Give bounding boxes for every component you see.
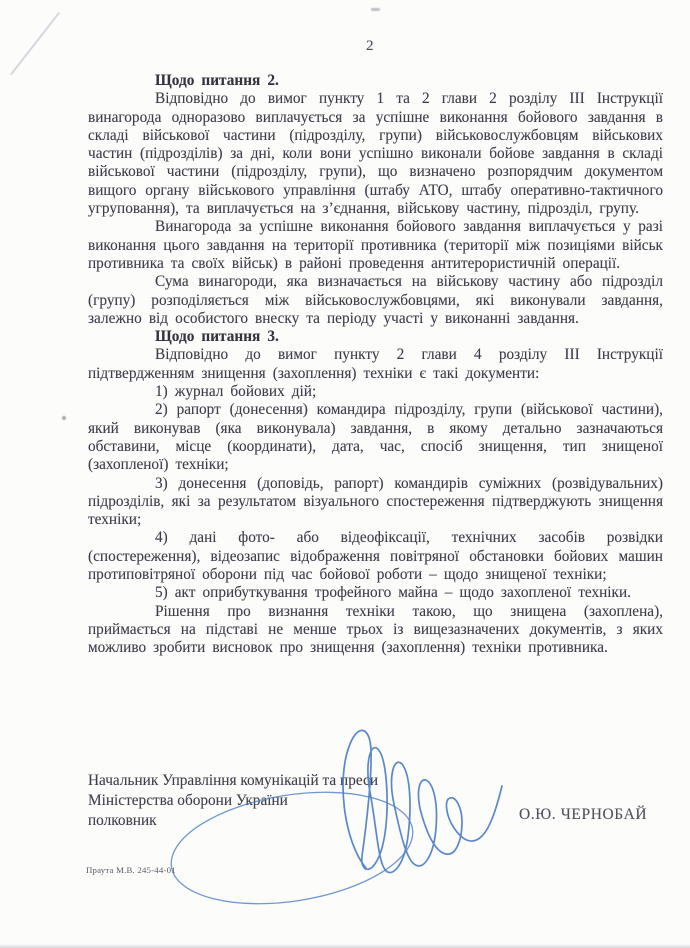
signature-scribble-loops: [343, 730, 502, 872]
paragraph: 5) акт оприбуткування трофейного майна –…: [88, 584, 663, 602]
executor-note: Праута М.В. 245-44-01: [86, 865, 176, 875]
paragraph: 4) дані фото- або відеофіксації, технічн…: [88, 529, 663, 584]
handwritten-signature: [170, 716, 515, 926]
scan-speck-artifact: [62, 416, 66, 420]
page-number: 2: [366, 38, 374, 55]
scan-smudge-artifact: [371, 8, 380, 11]
paragraph: 1) журнал бойових дій;: [88, 383, 663, 401]
paragraph: Рішення про визнання техніки такою, що з…: [88, 603, 663, 658]
scanned-document-page: 2 Щодо питання 2.Відповідно до вимог пун…: [0, 0, 690, 948]
paragraph: Відповідно до вимог пункту 1 та 2 глави …: [88, 90, 663, 218]
paragraph: Сума винагороди, яка визначається на вій…: [88, 273, 663, 328]
paragraph: Винагорода за успішне виконання бойового…: [88, 218, 663, 273]
signoff-name: О.Ю. ЧЕРНОБАЙ: [519, 806, 647, 824]
scan-bottom-edge-shadow: [0, 944, 690, 948]
document-body: Щодо питання 2.Відповідно до вимог пункт…: [88, 72, 663, 658]
signature-loop-oval: [170, 777, 421, 920]
section-heading: Щодо питання 2.: [88, 72, 663, 90]
scan-crease-artifact: [10, 12, 60, 75]
paragraph: 3) донесення (доповідь, рапорт) командир…: [88, 475, 663, 530]
section-heading: Щодо питання 3.: [88, 328, 663, 346]
paragraph: Відповідно до вимог пункту 2 глави 4 роз…: [88, 346, 663, 383]
paragraph: 2) рапорт (донесення) командира підрозді…: [88, 401, 663, 474]
